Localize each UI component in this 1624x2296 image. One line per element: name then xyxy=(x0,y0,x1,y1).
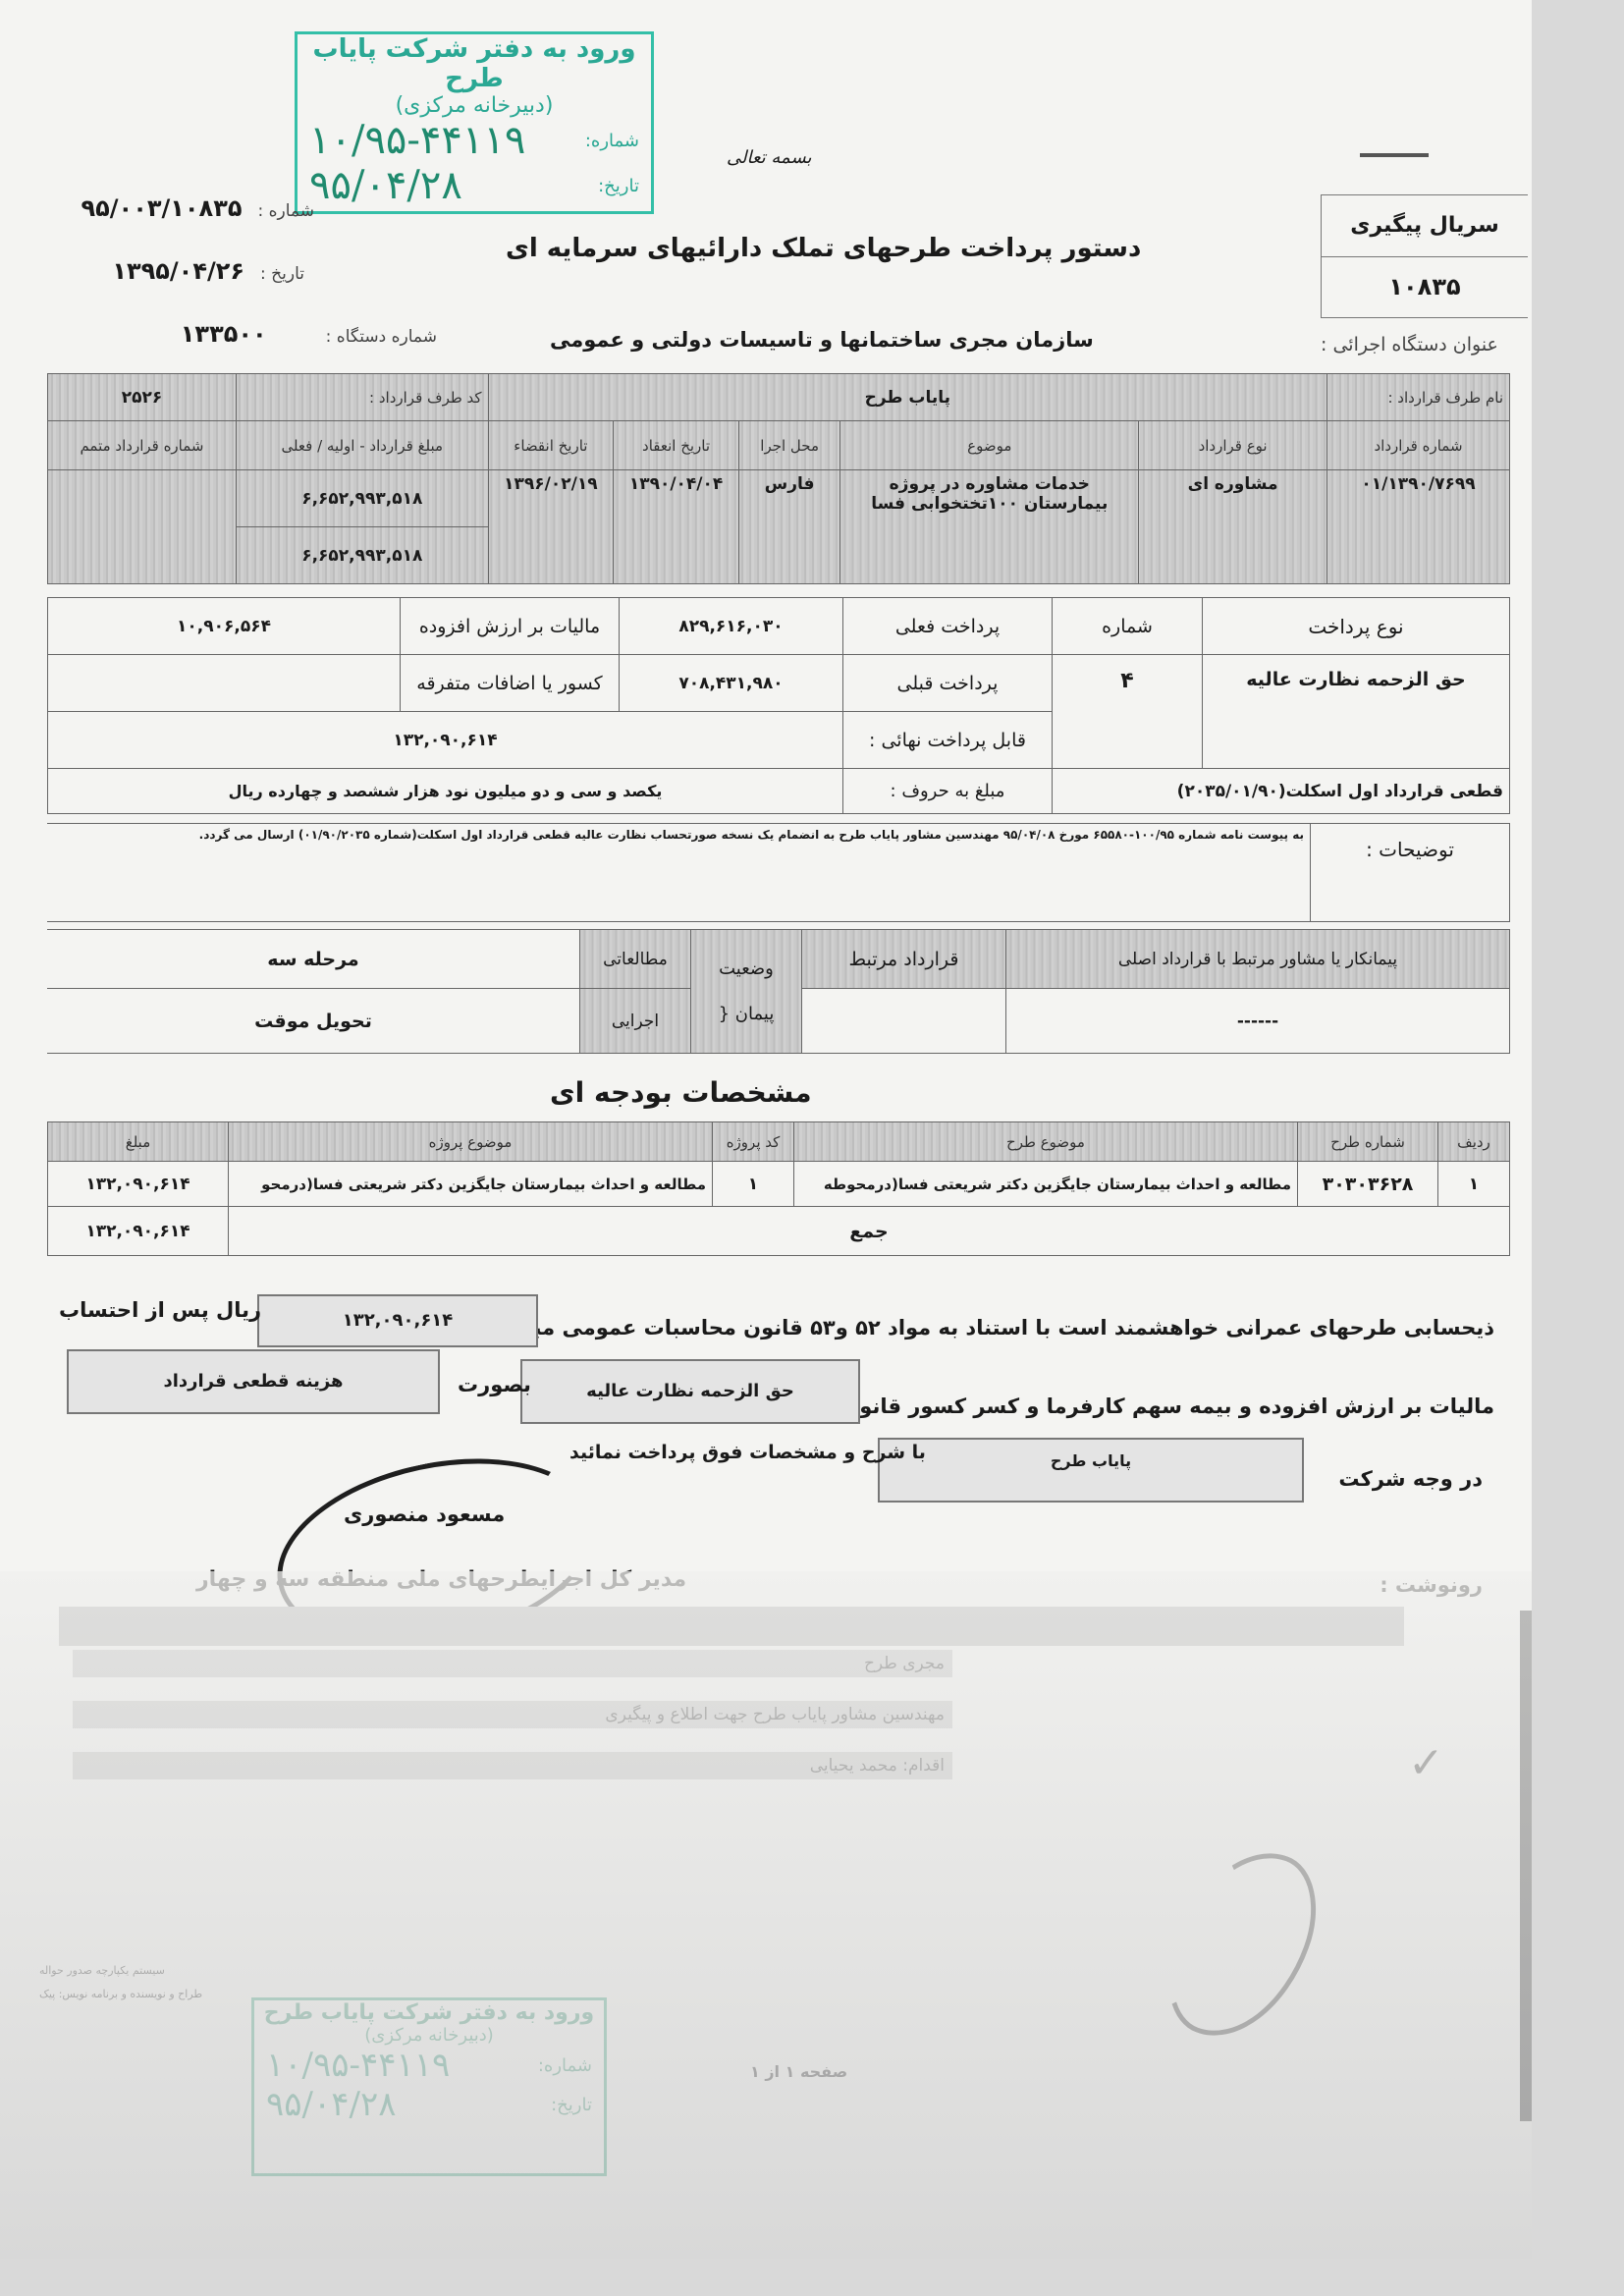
col-project-code: کد پروژه xyxy=(713,1122,794,1162)
previous-payment-label: پرداخت قبلی xyxy=(843,655,1053,712)
deductions-value xyxy=(48,655,401,712)
budget-row: ۱ ۳۰۳۰۳۶۲۸ مطالعه و احداث بیمارستان جایگ… xyxy=(48,1162,1510,1207)
page-number: صفحه ۱ از ۱ xyxy=(750,2062,847,2081)
counterparty-code-value: ۲۵۲۶ xyxy=(48,374,237,421)
instruction-form: هزینه قطعی قرارداد xyxy=(67,1349,440,1414)
budget-row-number: ۱ xyxy=(1438,1162,1510,1207)
stamp-line1: ورود به دفتر شرکت پایاب طرح xyxy=(254,2000,604,2025)
col-contract-number: شماره قرارداد xyxy=(1327,421,1510,470)
cc-label: رونوشت : xyxy=(1380,1573,1483,1597)
stamp-date-label: تاریخ: xyxy=(598,176,639,196)
payment-table: نوع پرداخت شماره پرداخت فعلی ۸۲۹,۶۱۶,۰۳۰… xyxy=(47,597,1510,814)
stamp-number-value: ۱۰/۹۵-۴۴۱۱۹ xyxy=(309,118,525,163)
related-contract-label: قرارداد مرتبط xyxy=(802,930,1006,989)
payment-type-value: حق الزحمه نظارت عالیه xyxy=(1203,655,1510,769)
page-title: دستور پرداخت طرحهای تملک دارائیهای سرمای… xyxy=(506,234,1141,263)
device-number-label: شماره دستگاه : xyxy=(326,327,437,347)
contract-location: فارس xyxy=(738,470,840,584)
status-label: وضعیتپیمان { xyxy=(691,930,802,1054)
exec-value: تحویل موقت xyxy=(47,989,580,1054)
instruction-line1: ذیحسابی طرحهای عمرانی خواهشمند است با اس… xyxy=(512,1316,1494,1339)
col-plan-number: شماره طرح xyxy=(1298,1122,1438,1162)
counterparty-value: پایاب طرح xyxy=(488,374,1326,421)
budget-total-label: جمع xyxy=(229,1207,1510,1256)
related-contractor-value: ------ xyxy=(1006,989,1510,1054)
stamp-number-value: ۱۰/۹۵-۴۴۱۱۹ xyxy=(266,2046,450,2085)
stamp-number-label: شماره: xyxy=(538,2055,592,2076)
contract-supplement-number xyxy=(48,470,237,584)
tracking-serial-value: ۱۰۸۳۵ xyxy=(1322,257,1528,316)
counterparty-label: نام طرف قرارداد : xyxy=(1327,374,1510,421)
budget-plan-subject: مطالعه و احداث بیمارستان جایگزین دکتر شر… xyxy=(794,1162,1298,1207)
notes-label: توضیحات : xyxy=(1311,824,1510,922)
budget-plan-number: ۳۰۳۰۳۶۲۸ xyxy=(1298,1162,1438,1207)
receipt-stamp-bottom: ورود به دفتر شرکت پایاب طرح (دبیرخانه مر… xyxy=(251,1997,607,2176)
vat-label: مالیات بر ارزش افزوده xyxy=(401,598,620,655)
pen-mark xyxy=(1360,153,1429,157)
previous-payment-value: ۷۰۸,۴۳۱,۹۸۰ xyxy=(620,655,843,712)
contract-note: قطعی قرارداد اول اسکلت(۲۰۳۵/۰۱/۹۰) xyxy=(1053,769,1510,814)
instruction-line2: مالیات بر ارزش افزوده و بیمه سهم کارفرما… xyxy=(779,1394,1494,1418)
payment-order-document: ورود به دفتر شرکت پایاب طرح (دبیرخانه مر… xyxy=(0,0,1532,2259)
col-location: محل اجرا xyxy=(738,421,840,470)
checkmark-icon: ✓ xyxy=(1408,1738,1444,1788)
col-end-date: تاریخ انقضاء xyxy=(488,421,614,470)
stamp-line1: ورود به دفتر شرکت پایاب طرح xyxy=(298,34,651,93)
tracking-serial-label: سریال پیگیری xyxy=(1322,195,1528,257)
handwritten-signature xyxy=(1149,1831,1336,2058)
notes-table: توضیحات : به پیوست نامه شماره ۱۰۰/۹۵-۶۵۵… xyxy=(47,823,1510,922)
instruction-line3-end: با شرح و مشخصات فوق پرداخت نمائید xyxy=(569,1442,926,1463)
budget-project-subject: مطالعه و احداث بیمارستان جایگزین دکتر شر… xyxy=(229,1162,713,1207)
scan-edge xyxy=(1520,1611,1532,2121)
amount-in-words-value: یکصد و سی و دو میلیون نود هزار ششصد و چه… xyxy=(48,769,843,814)
contract-table: نام طرف قرارداد : پایاب طرح کد طرف قرارد… xyxy=(47,373,1510,584)
col-row: ردیف xyxy=(1438,1122,1510,1162)
contract-subject: خدمات مشاوره در پروژه بیمارستان ۱۰۰تختخو… xyxy=(840,470,1139,584)
system-note-line1: سیستم یکپارچه صدور حواله xyxy=(39,1964,165,1977)
exec-label: اجرایی xyxy=(580,989,691,1054)
signatory-title: مدیر کل اجرایطرحهای ملی منطقه سه و چهار xyxy=(196,1567,686,1592)
contract-amount-current: ۶,۶۵۲,۹۹۳,۵۱۸ xyxy=(236,527,488,584)
tracking-serial-box: سریال پیگیری ۱۰۸۳۵ xyxy=(1321,194,1528,318)
contract-type: مشاوره ای xyxy=(1139,470,1327,584)
payment-number-label: شماره xyxy=(1053,598,1203,655)
study-value: مرحله سه xyxy=(47,930,580,989)
col-supplement-number: شماره قرارداد متمم xyxy=(48,421,237,470)
order-date-value: ۱۳۹۵/۰۴/۲۶ xyxy=(112,257,244,285)
col-amount: مبلغ قرارداد - اولیه / فعلی xyxy=(236,421,488,470)
current-payment-value: ۸۲۹,۶۱۶,۰۳۰ xyxy=(620,598,843,655)
receipt-stamp-top: ورود به دفتر شرکت پایاب طرح (دبیرخانه مر… xyxy=(295,31,654,214)
final-payable-value: ۱۳۲,۰۹۰,۶۱۴ xyxy=(48,712,843,769)
col-project-subject: موضوع پروژه xyxy=(229,1122,713,1162)
study-label: مطالعاتی xyxy=(580,930,691,989)
instruction-company: پایاب طرح xyxy=(878,1438,1304,1503)
budget-table: ردیف شماره طرح موضوع طرح کد پروژه موضوع … xyxy=(47,1121,1510,1256)
cc-item: مجری طرح xyxy=(73,1650,952,1677)
device-number-value: ۱۳۳۵۰۰ xyxy=(181,320,267,348)
col-amount: مبلغ xyxy=(48,1122,229,1162)
contract-start-date: ۱۳۹۰/۰۴/۰۴ xyxy=(614,470,739,584)
order-number-value: ۹۵/۰۰۳/۱۰۸۳۵ xyxy=(81,194,242,222)
stamp-number-label: شماره: xyxy=(585,131,639,151)
related-contractor-label: پیمانکار یا مشاور مرتبط با قرارداد اصلی xyxy=(1006,930,1510,989)
budget-project-code: ۱ xyxy=(713,1162,794,1207)
current-payment-label: پرداخت فعلی xyxy=(843,598,1053,655)
contract-number: ۰۱/۱۳۹۰/۷۶۹۹ xyxy=(1327,470,1510,584)
budget-total-value: ۱۳۲,۰۹۰,۶۱۴ xyxy=(48,1207,229,1256)
order-number-label: شماره : xyxy=(258,201,315,221)
payment-number-value: ۴ xyxy=(1053,655,1203,769)
budget-title: مشخصات بودجه ای xyxy=(550,1076,812,1109)
system-note-line2: طراح و نویسنده و برنامه نویس: پیک xyxy=(39,1988,202,2000)
order-date-label: تاریخ : xyxy=(260,264,304,284)
cc-item: مهندسین مشاور پایاب طرح جهت اطلاع و پیگی… xyxy=(73,1701,952,1728)
instruction-line3-start: در وجه شرکت xyxy=(1338,1467,1483,1491)
instruction-amount: ۱۳۲,۰۹۰,۶۱۴ xyxy=(257,1294,538,1347)
deductions-label: کسور یا اضافات متفرقه xyxy=(401,655,620,712)
amount-in-words-label: مبلغ به حروف : xyxy=(843,769,1053,814)
contract-amount-initial: ۶,۶۵۲,۹۹۳,۵۱۸ xyxy=(236,470,488,527)
stamp-date-label: تاریخ: xyxy=(551,2095,592,2115)
instruction-reason: حق الزحمه نظارت عالیه xyxy=(520,1359,860,1424)
redaction-bar xyxy=(59,1607,1404,1646)
vat-value: ۱۰,۹۰۶,۵۶۴ xyxy=(48,598,401,655)
signatory-name: مسعود منصوری xyxy=(344,1503,505,1526)
contract-end-date: ۱۳۹۶/۰۲/۱۹ xyxy=(488,470,614,584)
col-plan-subject: موضوع طرح xyxy=(794,1122,1298,1162)
col-contract-type: نوع قرارداد xyxy=(1139,421,1327,470)
stamp-line2: (دبیرخانه مرکزی) xyxy=(298,93,651,118)
stamp-date-value: ۹۵/۰۴/۲۸ xyxy=(309,163,462,208)
instruction-as-label: بصورت xyxy=(458,1373,531,1396)
instruction-line1-end: ریال پس از احتساب xyxy=(59,1298,261,1322)
payment-type-label: نوع پرداخت xyxy=(1203,598,1510,655)
col-subject: موضوع xyxy=(840,421,1139,470)
budget-amount: ۱۳۲,۰۹۰,۶۱۴ xyxy=(48,1162,229,1207)
status-label-text: وضعیت xyxy=(697,947,795,992)
cc-item: اقدام: محمد یحیایی xyxy=(73,1752,952,1779)
related-table: پیمانکار یا مشاور مرتبط با قرارداد اصلی … xyxy=(47,929,1510,1054)
stamp-date-value: ۹۵/۰۴/۲۸ xyxy=(266,2085,396,2124)
related-contract-value xyxy=(802,989,1006,1054)
peyman-label: پیمان { xyxy=(697,992,795,1037)
final-payable-label: قابل پرداخت نهائی : xyxy=(843,712,1053,769)
col-start-date: تاریخ انعقاد xyxy=(614,421,739,470)
exec-agency-value: سازمان مجری ساختمانها و تاسیسات دولتی و … xyxy=(550,328,1094,352)
exec-agency-label: عنوان دستگاه اجرائی : xyxy=(1321,334,1498,355)
notes-text: به پیوست نامه شماره ۱۰۰/۹۵-۶۵۵۸۰ مورخ ۹۵… xyxy=(47,824,1311,922)
basmala: بسمه تعالی xyxy=(727,147,812,168)
counterparty-code-label: کد طرف قرارداد : xyxy=(236,374,488,421)
stamp-line2: (دبیرخانه مرکزی) xyxy=(254,2025,604,2046)
